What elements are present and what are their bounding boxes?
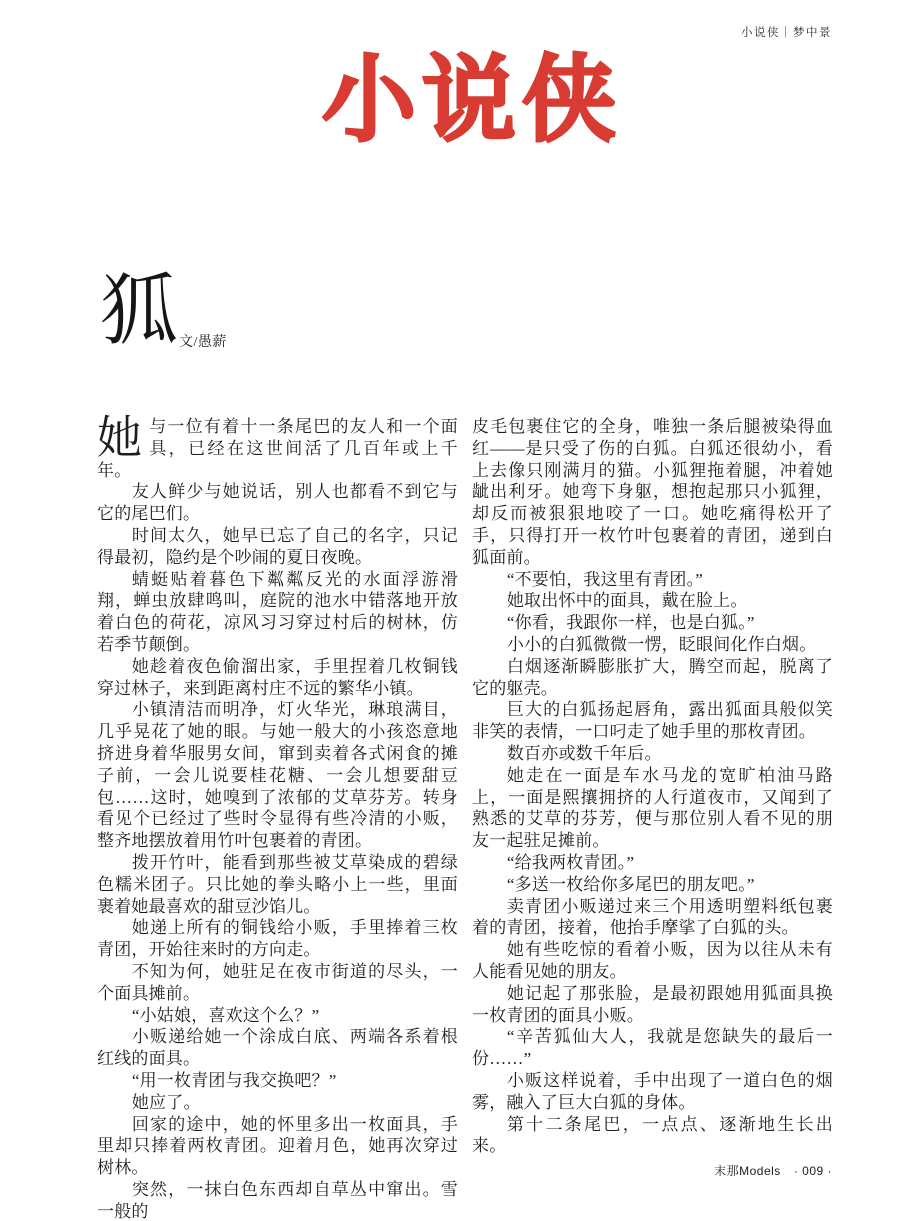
- paragraph: 她递上所有的铜钱给小贩，手里捧着三枚青团，开始往来时的方向走。: [97, 917, 458, 961]
- paragraph: 小镇清洁而明净，灯火华光，琳琅满目，几乎晃花了她的眼。与她一般大的小孩恣意地挤进…: [97, 699, 458, 852]
- paragraph: 拨开竹叶，能看到那些被艾草染成的碧绿色糯米团子。只比她的拳头略小上一些，里面裹着…: [97, 852, 458, 917]
- paragraph: 她取出怀中的面具，戴在脸上。: [472, 590, 833, 612]
- left-column: 她与一位有着十一条尾巴的友人和一个面具，已经在这世间活了几百年或上千年。 友人鲜…: [97, 416, 458, 1221]
- right-paragraphs: “不要怕，我这里有青团。”她取出怀中的面具，戴在脸上。“你看，我跟你一样，也是白…: [472, 569, 833, 1158]
- paragraph: 她记起了那张脸，是最初跟她用狐面具换一枚青团的面具小贩。: [472, 983, 833, 1027]
- page-footer: 末那Models· 009 ·: [714, 1162, 832, 1179]
- paragraph: 不知为何，她驻足在夜市街道的尽头，一个面具摊前。: [97, 961, 458, 1005]
- paragraph: 蜻蜓贴着暮色下粼粼反光的水面浮游滑翔，蝉虫放肆鸣叫，庭院的池水中错落地开放着白色…: [97, 569, 458, 656]
- paragraph: 友人鲜少与她说话，别人也都看不到它与它的尾巴们。: [97, 481, 458, 525]
- paragraph: 小小的白狐微微一愣，眨眼间化作白烟。: [472, 634, 833, 656]
- paragraph: “给我两枚青团。”: [472, 852, 833, 874]
- paragraph: “小姑娘，喜欢这个么？”: [97, 1005, 458, 1027]
- paragraph: 突然，一抹白色东西却自草丛中窜出。雪一般的: [97, 1179, 458, 1221]
- brand-name: 末那Models: [714, 1164, 781, 1178]
- paragraph: 小贩这样说着，手中出现了一道白色的烟雾，融入了巨大白狐的身体。: [472, 1070, 833, 1114]
- paragraph: 巨大的白狐扬起唇角，露出狐面具般似笑非笑的表情，一口叼走了她手里的那枚青团。: [472, 699, 833, 743]
- paragraph: 数百亦或数千年后。: [472, 743, 833, 765]
- running-head: 小说侠｜梦中景: [741, 24, 832, 40]
- paragraph: 卖青团小贩递过来三个用透明塑料纸包裹着的青团，接着，他抬手摩挲了白狐的头。: [472, 896, 833, 940]
- right-column: 皮毛包裹住它的全身，唯独一条后腿被染得血红——是只受了伤的白狐。白狐还很幼小，看…: [472, 416, 833, 1221]
- paragraph: 她有些吃惊的看着小贩，因为以往从未有人能看见她的朋友。: [472, 939, 833, 983]
- paragraph: “你看，我跟你一样，也是白狐。”: [472, 612, 833, 634]
- paragraph: “用一枚青团与我交换吧？”: [97, 1070, 458, 1092]
- story-body: 她与一位有着十一条尾巴的友人和一个面具，已经在这世间活了几百年或上千年。 友人鲜…: [97, 416, 833, 1221]
- left-paragraphs: 友人鲜少与她说话，别人也都看不到它与它的尾巴们。时间太久，她早已忘了自己的名字，…: [97, 481, 458, 1221]
- opening-text: 与一位有着十一条尾巴的友人和一个面具，已经在这世间活了几百年或上千年。: [97, 417, 458, 480]
- paragraph: “辛苦狐仙大人，我就是您缺失的最后一份……”: [472, 1026, 833, 1070]
- paragraph: 她应了。: [97, 1092, 458, 1114]
- paragraph: 她趁着夜色偷溜出家，手里捏着几枚铜钱穿过林子，来到距离村庄不远的繁华小镇。: [97, 656, 458, 700]
- byline: 文/愚薪: [179, 331, 227, 351]
- paragraph: 时间太久，她早已忘了自己的名字，只记得最初，隐约是个吵闹的夏日夜晚。: [97, 525, 458, 569]
- story-title: 狐: [100, 272, 178, 350]
- paragraph: 她走在一面是车水马龙的宽旷柏油马路上，一面是熙攘拥挤的人行道夜市，又闻到了熟悉的…: [472, 765, 833, 852]
- continuation-paragraph: 皮毛包裹住它的全身，唯独一条后腿被染得血红——是只受了伤的白狐。白狐还很幼小，看…: [472, 416, 833, 569]
- paragraph: “不要怕，我这里有青团。”: [472, 569, 833, 591]
- paragraph: 回家的途中，她的怀里多出一枚面具，手里却只捧着两枚青团。迎着月色，她再次穿过树林…: [97, 1114, 458, 1179]
- page-number: · 009 ·: [794, 1164, 832, 1178]
- opening-paragraph: 她与一位有着十一条尾巴的友人和一个面具，已经在这世间活了几百年或上千年。: [97, 416, 458, 481]
- paragraph: “多送一枚给你多尾巴的朋友吧。”: [472, 874, 833, 896]
- paragraph: 小贩递给她一个涂成白底、两端各系着根红线的面具。: [97, 1026, 458, 1070]
- drop-cap: 她: [97, 416, 149, 458]
- paragraph: 白烟逐渐瞬膨胀扩大，腾空而起，脱离了它的躯壳。: [472, 656, 833, 700]
- magazine-logo: 小说侠: [322, 54, 622, 148]
- paragraph: 第十二条尾巴，一点点、逐渐地生长出来。: [472, 1114, 833, 1158]
